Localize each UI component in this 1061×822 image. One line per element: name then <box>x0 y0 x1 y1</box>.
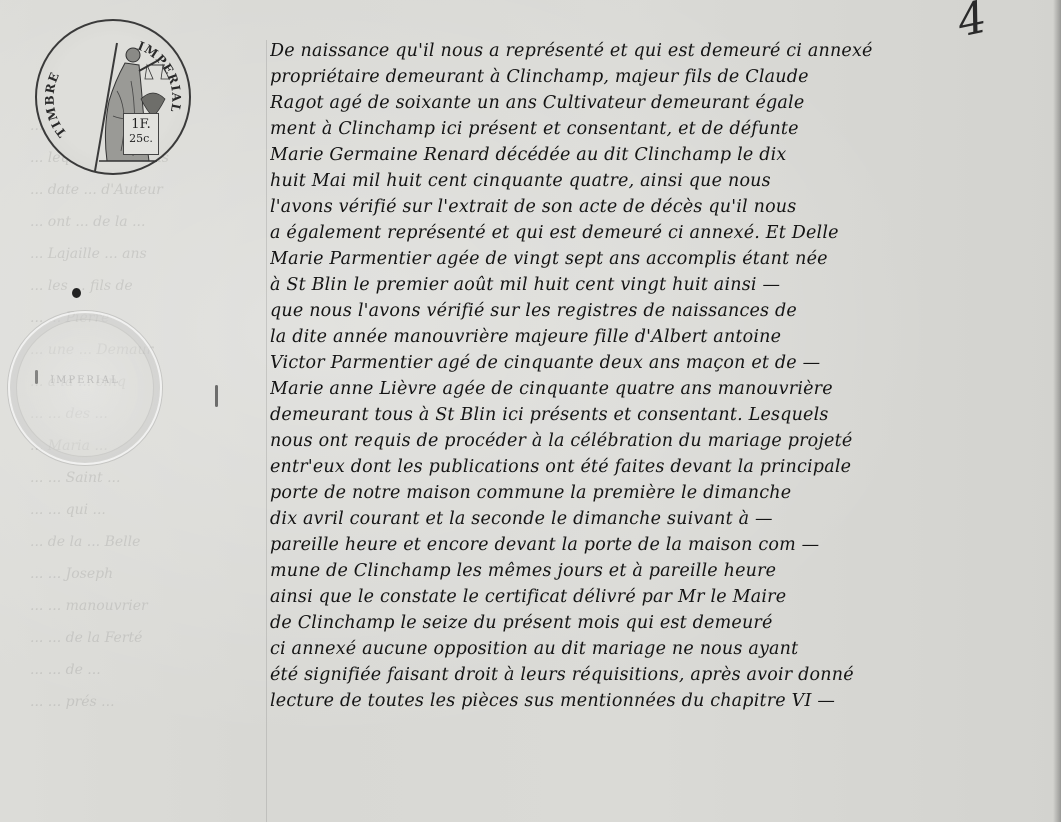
bleed-line: ... de la ... Belle <box>30 526 260 558</box>
text-line: propriétaire demeurant à Clinchamp, maje… <box>270 64 1060 90</box>
bleed-line: ... ... de la Ferté <box>30 622 260 654</box>
text-line: porte de notre maison commune la premièr… <box>270 480 1060 506</box>
text-line: dix avril courant et la seconde le diman… <box>270 506 1060 532</box>
bleed-line: ... ... manouvrier <box>30 590 260 622</box>
bleed-line: ... ... qui ... <box>30 494 260 526</box>
bleed-line: ... ... Joseph <box>30 558 260 590</box>
bleed-line: ... ... prés ... <box>30 686 260 718</box>
text-line: mune de Clinchamp les mêmes jours et à p… <box>270 558 1060 584</box>
text-line: demeurant tous à St Blin ici présents et… <box>270 402 1060 428</box>
text-line: De naissance qu'il nous a représenté et … <box>270 38 1060 64</box>
text-line: Victor Parmentier agé de cinquante deux … <box>270 350 1060 376</box>
text-line: de Clinchamp le seize du présent mois qu… <box>270 610 1060 636</box>
svg-text:TIMBRE: TIMBRE <box>43 70 70 140</box>
text-line: l'avons vérifié sur l'extrait de son act… <box>270 194 1060 220</box>
bleed-line: ... date ... d'Auteur <box>30 174 260 206</box>
timbre-imperial-stamp: TIMBRE IMPERIAL 1F. 25c. <box>35 19 191 175</box>
ink-mark <box>35 370 38 384</box>
text-line: à St Blin le premier août mil huit cent … <box>270 272 1060 298</box>
text-line: que nous l'avons vérifié sur les registr… <box>270 298 1060 324</box>
text-line: lecture de toutes les pièces sus mention… <box>270 688 1060 714</box>
embossed-seal: IMPERIAL <box>8 311 162 465</box>
document-page: ...lait en deux ... ... lequel en ... no… <box>0 0 1061 822</box>
text-line: entr'eux dont les publications ont été f… <box>270 454 1060 480</box>
bleed-line: ... ... de ... <box>30 654 260 686</box>
stamp-text-left: TIMBRE <box>43 70 70 140</box>
bleed-line: ... ont ... de la ... <box>30 206 260 238</box>
margin-rule <box>266 40 267 822</box>
ink-mark <box>215 385 218 407</box>
text-line: Ragot agé de soixante un ans Cultivateur… <box>270 90 1060 116</box>
text-line: ainsi que le constate le certificat déli… <box>270 584 1060 610</box>
bleed-line: ... les ... fils de <box>30 270 260 302</box>
stamp-value-box: 1F. 25c. <box>123 113 159 155</box>
text-line: Marie Germaine Renard décédée au dit Cli… <box>270 142 1060 168</box>
text-line: huit Mai mil huit cent cinquante quatre,… <box>270 168 1060 194</box>
text-line: nous ont requis de procéder à la célébra… <box>270 428 1060 454</box>
text-line: Marie Parmentier agée de vingt sept ans … <box>270 246 1060 272</box>
text-line: ci annexé aucune opposition au dit maria… <box>270 636 1060 662</box>
text-line: ment à Clinchamp ici présent et consenta… <box>270 116 1060 142</box>
stamp-figure-icon: TIMBRE IMPERIAL <box>37 21 189 173</box>
bleed-line: ... ... Saint ... <box>30 462 260 494</box>
stamp-value-centimes: 25c. <box>124 132 158 146</box>
text-line: a également représenté et qui est demeur… <box>270 220 1060 246</box>
text-line: pareille heure et encore devant la porte… <box>270 532 1060 558</box>
seal-label: IMPERIAL <box>10 375 160 386</box>
ink-dot <box>72 288 81 298</box>
bleed-line: ... Lajaille ... ans <box>30 238 260 270</box>
text-line: été signifiée faisant droit à leurs réqu… <box>270 662 1060 688</box>
stamp-value-francs: 1F. <box>124 117 158 132</box>
text-line: Marie anne Lièvre agée de cinquante quat… <box>270 376 1060 402</box>
text-line: la dite année manouvrière majeure fille … <box>270 324 1060 350</box>
handwritten-text-block: De naissance qu'il nous a représenté et … <box>270 38 1060 714</box>
